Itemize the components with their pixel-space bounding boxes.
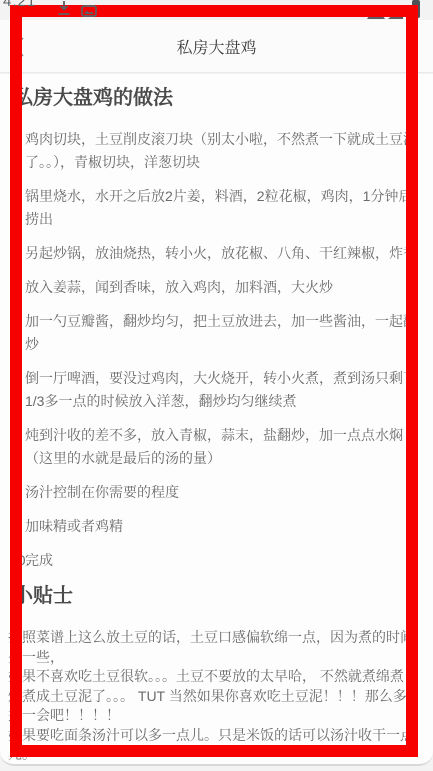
recipe-step: 6. 倒一厅啤酒，要没过鸡肉，大火烧开，转小火煮，煮到汤只剩下1/3多一点的时候… <box>0 367 417 413</box>
step-number: 8. <box>10 481 22 504</box>
recipe-step: 5. 加一勺豆瓣酱，翻炒均匀，把土豆放进去，加一些酱油，一起翻炒 <box>0 310 417 356</box>
step-text: 倒一厅啤酒，要没过鸡肉，大火烧开，转小火煮，煮到汤只剩下1/3多一点的时候放入洋… <box>25 370 417 409</box>
tips-heading: 小贴士 <box>13 583 417 609</box>
step-text: 加一勺豆瓣酱，翻炒均匀，把土豆放进去，加一些酱油，一起翻炒 <box>25 313 417 352</box>
step-number: 10. <box>10 549 29 572</box>
app-bar: 私房大盘鸡 <box>0 20 433 73</box>
step-text: 另起炒锅，放油烧热，转小火，放花椒、八角、干红辣椒，炸香 <box>25 245 417 261</box>
tip-line: 如果不喜欢吃土豆很软。。。土豆不要放的太早哈， 不然就煮绵煮烂煮成土豆泥了。。。… <box>8 667 416 726</box>
step-text: 锅里烧水，水开之后放2片姜，料酒，2粒花椒，鸡肉，1分钟后捞出 <box>25 188 412 227</box>
steps-heading: 私房大盘鸡的做法 <box>13 85 417 111</box>
image-icon <box>81 4 97 22</box>
status-time: 4:21 <box>3 0 36 10</box>
step-number: 2. <box>10 185 22 208</box>
battery-icon <box>412 0 420 18</box>
page-title: 私房大盘鸡 <box>176 35 256 58</box>
recipe-step: 9. 加味精或者鸡精 <box>0 515 417 538</box>
back-button[interactable] <box>13 35 27 59</box>
tips-block: 按照菜谱上这么放土豆的话，土豆口感偏软绵一点，因为煮的时间久一些， 如果不喜欢吃… <box>8 628 416 765</box>
signal-icon <box>388 6 403 19</box>
tip-line: 按照菜谱上这么放土豆的话，土豆口感偏软绵一点，因为煮的时间久一些， <box>8 628 416 667</box>
recipe-step: 4. 放入姜蒜，闻到香味，放入鸡肉，加料酒，大火炒 <box>0 276 417 299</box>
step-number: 7. <box>10 424 22 447</box>
wifi-icon <box>367 6 385 19</box>
recipe-step: 3. 另起炒锅，放油烧热，转小火，放花椒、八角、干红辣椒，炸香 <box>0 242 417 265</box>
step-number: 1. <box>10 128 22 151</box>
step-number: 3. <box>10 242 22 265</box>
tip-line: 如果要吃面条汤汁可以多一点儿。只是米饭的话可以汤汁收干一点儿。 <box>8 726 416 765</box>
status-bar: 4:21 <box>0 0 433 20</box>
step-text: 汤汁控制在你需要的程度 <box>25 484 179 500</box>
step-text: 鸡肉切块，土豆削皮滚刀块（别太小啦，不然煮一下就成土豆泥了。。），青椒切块，洋葱… <box>25 131 417 170</box>
recipe-step: 8. 汤汁控制在你需要的程度 <box>0 481 417 504</box>
recipe-step: 1. 鸡肉切块，土豆削皮滚刀块（别太小啦，不然煮一下就成土豆泥了。。），青椒切块… <box>0 128 417 174</box>
step-number: 4. <box>10 276 22 299</box>
step-text: 加味精或者鸡精 <box>25 518 123 534</box>
recipe-step: 2. 锅里烧水，水开之后放2片姜，料酒，2粒花椒，鸡肉，1分钟后捞出 <box>0 185 417 231</box>
recipe-step: 10. 完成 <box>0 549 417 572</box>
step-number: 6. <box>10 367 22 390</box>
download-icon <box>57 1 71 21</box>
app-screen: 4:21 私房大盘鸡 私房大盘鸡的做法 1. 鸡肉切块，土豆削皮滚刀块（别太小啦… <box>0 0 433 771</box>
step-text: 放入姜蒜，闻到香味，放入鸡肉，加料酒，大火炒 <box>25 279 333 295</box>
recipe-step: 7. 炖到汁收的差不多，放入青椒，蒜末，盐翻炒，加一点点水焖（这里的水就是最后的… <box>0 424 417 470</box>
step-text: 炖到汁收的差不多，放入青椒，蒜末，盐翻炒，加一点点水焖（这里的水就是最后的汤的量… <box>25 427 403 466</box>
step-number: 9. <box>10 515 22 538</box>
step-number: 5. <box>10 310 22 333</box>
recipe-content[interactable]: 私房大盘鸡的做法 1. 鸡肉切块，土豆削皮滚刀块（别太小啦，不然煮一下就成土豆泥… <box>0 74 433 766</box>
